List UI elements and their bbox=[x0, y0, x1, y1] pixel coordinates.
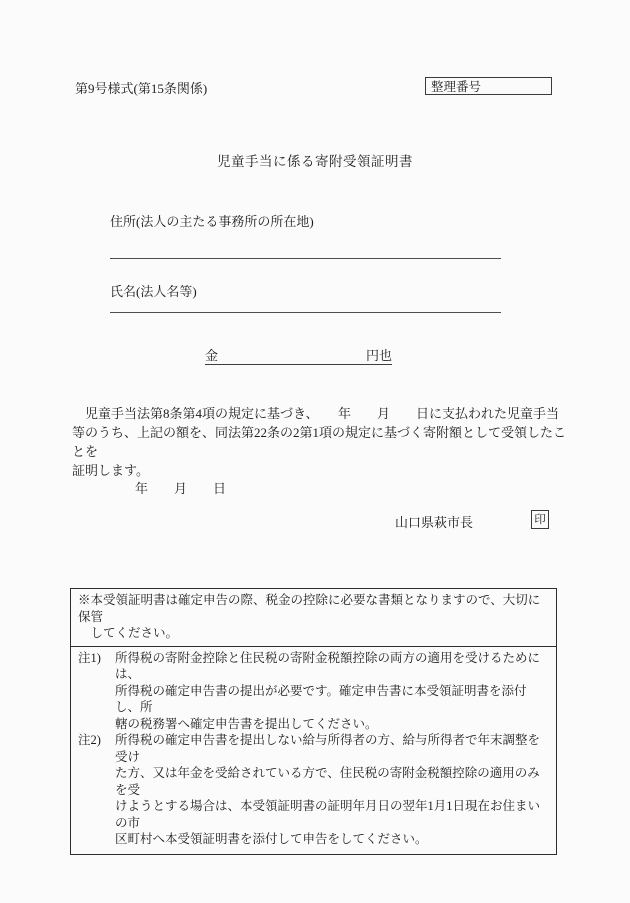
note-item-label: 注2) bbox=[78, 732, 108, 749]
body-line: 児童手当法第8条第4項の規定に基づき、 年 月 日に支払われた児童手当 bbox=[72, 404, 572, 423]
address-label: 住所(法人の主たる事務所の所在地) bbox=[110, 211, 314, 230]
body-line: 等のうち、上記の額を、同法第22条の2第1項の規定に基づく寄附額として受領したこ… bbox=[72, 423, 572, 461]
seal-mark: 印 bbox=[534, 514, 546, 526]
amount-fill-line: 金 円也 bbox=[205, 344, 392, 365]
document-title: 児童手当に係る寄附受領証明書 bbox=[0, 150, 630, 170]
note-item-label: 注1) bbox=[78, 650, 108, 667]
document-page: 第9号様式(第15条関係) 整理番号 児童手当に係る寄附受領証明書 住所(法人の… bbox=[0, 0, 630, 903]
caution-note: ※本受領証明書は確定申告の際、税金の控除に必要な書類となりますので、大切に保管 … bbox=[71, 589, 556, 647]
seal-placeholder-box: 印 bbox=[531, 510, 549, 529]
name-fill-line bbox=[110, 292, 501, 313]
reference-number-box: 整理番号 bbox=[425, 77, 552, 95]
body-paragraph: 児童手当法第8条第4項の規定に基づき、 年 月 日に支払われた児童手当 等のうち… bbox=[72, 404, 572, 480]
form-number: 第9号様式(第15条関係) bbox=[75, 78, 207, 97]
note-items: 注1) 所得税の寄附金控除と住民税の寄附金税額控除の両方の適用を受けるためには、… bbox=[71, 647, 556, 854]
note-item: 注2) 所得税の確定申告書を提出しない給与所得者の方、給与所得者で年末調整を受け… bbox=[78, 732, 549, 848]
notes-box: ※本受領証明書は確定申告の際、税金の控除に必要な書類となりますので、大切に保管 … bbox=[70, 588, 557, 855]
note-item: 注1) 所得税の寄附金控除と住民税の寄附金税額控除の両方の適用を受けるためには、… bbox=[78, 650, 549, 733]
amount-prefix: 金 bbox=[205, 345, 218, 364]
certification-date-line: 年 月 日 bbox=[135, 478, 226, 497]
note-item-text: 所得税の確定申告書を提出しない給与所得者の方、給与所得者で年末調整を受け た方、… bbox=[115, 732, 549, 848]
signer-name: 山口県萩市長 bbox=[395, 512, 473, 531]
note-item-text: 所得税の寄附金控除と住民税の寄附金税額控除の両方の適用を受けるためには、 所得税… bbox=[115, 650, 549, 733]
reference-number-label: 整理番号 bbox=[431, 80, 481, 94]
address-fill-line bbox=[110, 238, 501, 259]
amount-suffix: 円也 bbox=[366, 345, 392, 364]
